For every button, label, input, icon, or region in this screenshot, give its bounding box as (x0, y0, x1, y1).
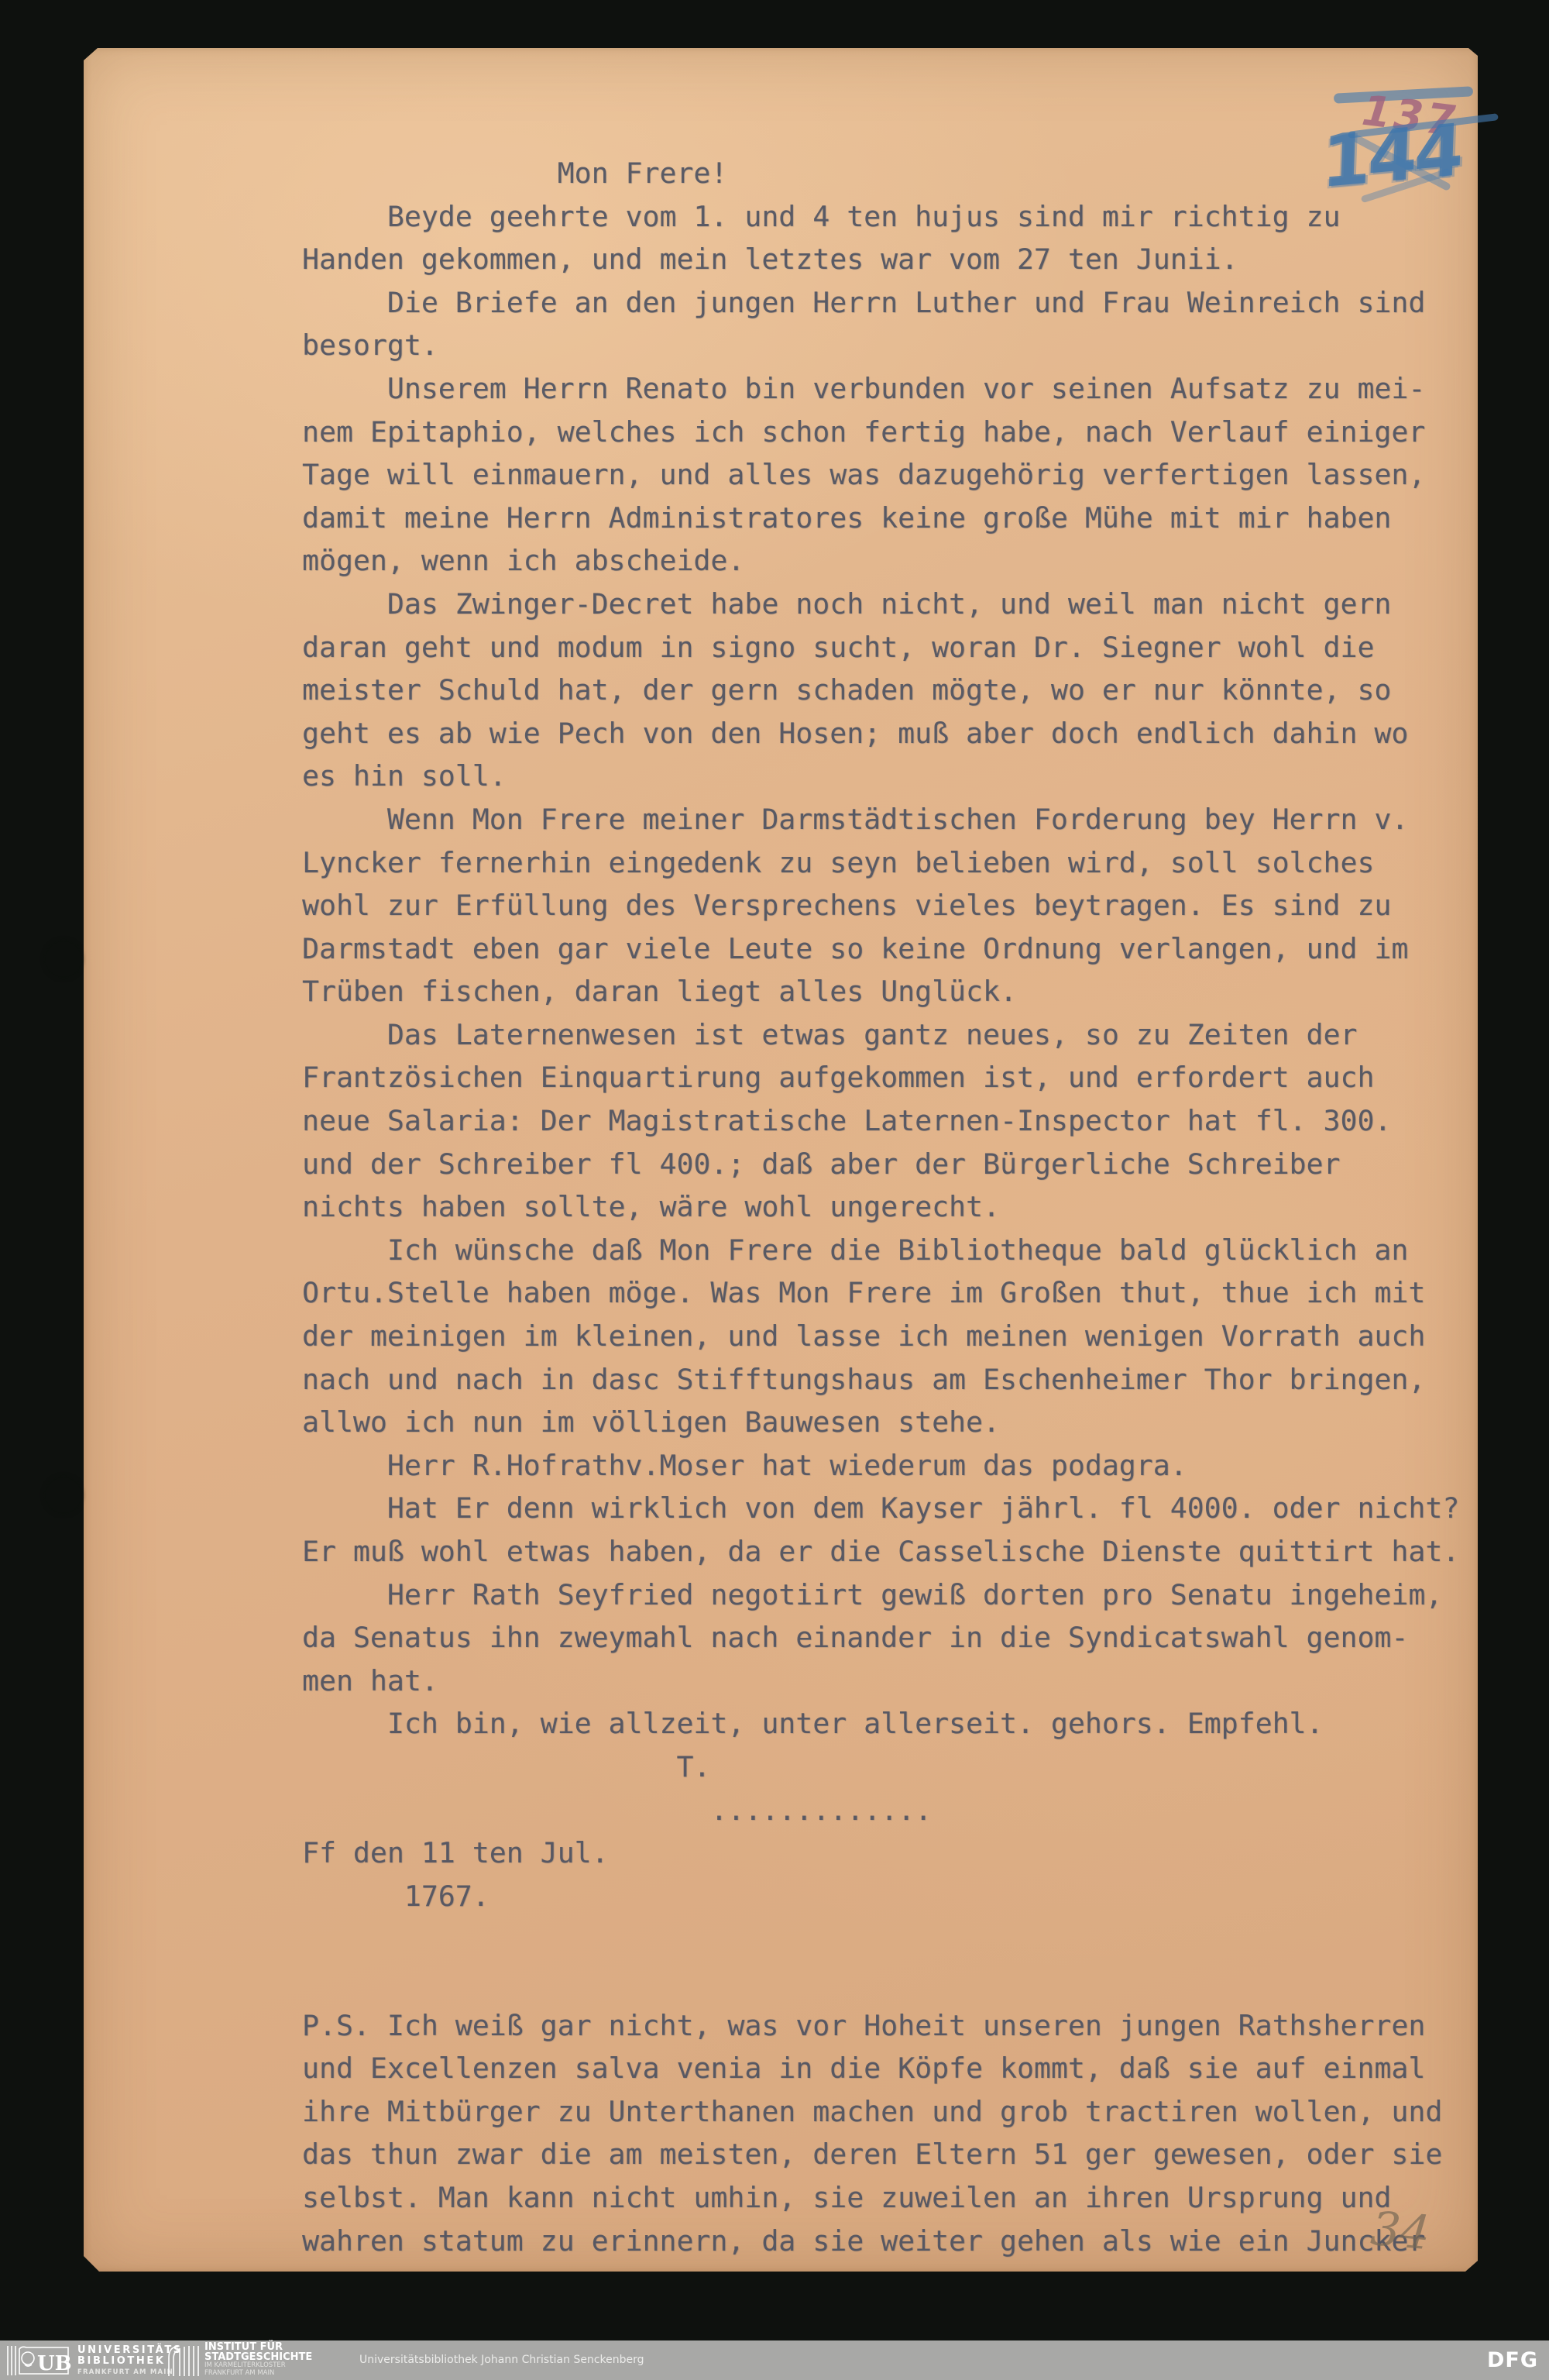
letter-line: Herr R.Hofrathv.Moser hat wiederum das p… (302, 1444, 1487, 1487)
letter-line: nach und nach in dasc Stifftungshaus am … (302, 1358, 1487, 1402)
ub-library-logo-icon: UB (6, 2344, 71, 2377)
letter-line: da Senatus ihn zweymahl nach einander in… (302, 1616, 1487, 1659)
punch-hole-top (46, 941, 81, 977)
dfg-logo: DFG (1487, 2348, 1538, 2372)
letter-line: Er muß wohl etwas haben, da er die Casse… (302, 1530, 1487, 1573)
letter-line: Tage will einmauern, und alles was dazug… (302, 453, 1487, 497)
letter-line: Mon Frere! (302, 152, 1487, 195)
isg-line4: FRANKFURT AM MAIN (204, 2370, 312, 2378)
letter-line: es hin soll. (302, 755, 1487, 798)
letter-line: Hat Er denn wirklich von dem Kayser jähr… (302, 1487, 1487, 1530)
letter-line: mögen, wenn ich abscheide. (302, 539, 1487, 583)
library-attribution: Universitätsbibliothek Johann Christian … (359, 2354, 644, 2366)
letter-line: damit meine Herrn Administratores keine … (302, 497, 1487, 540)
letter-line: P.S. Ich weiß gar nicht, was vor Hoheit … (302, 2004, 1487, 2048)
stadtgeschichte-logo-icon (166, 2344, 200, 2378)
letter-line: Handen gekommen, und mein letztes war vo… (302, 238, 1487, 281)
letter-line: neue Salaria: Der Magistratische Laterne… (302, 1099, 1487, 1143)
letter-line: ............. (302, 1789, 1487, 1832)
letter-line: der meinigen im kleinen, und lasse ich m… (302, 1315, 1487, 1358)
letter-line: Ich wünsche daß Mon Frere die Bibliotheq… (302, 1229, 1487, 1272)
scan-page: Mon Frere! Beyde geehrte vom 1. und 4 te… (0, 0, 1549, 2380)
letter-line: Ortu.Stelle haben möge. Was Mon Frere im… (302, 1271, 1487, 1315)
letter-line: ihre Mitbürger zu Unterthanen machen und… (302, 2090, 1487, 2134)
letter-line: Trüben fischen, daran liegt alles Unglüc… (302, 970, 1487, 1013)
letter-line: wohl zur Erfüllung des Versprechens viel… (302, 884, 1487, 927)
letter-line: Lyncker fernerhin eingedenk zu seyn beli… (302, 841, 1487, 885)
letter-line: Das Laternenwesen ist etwas gantz neues,… (302, 1013, 1487, 1057)
letter-line: allwo ich nun im völligen Bauwesen stehe… (302, 1401, 1487, 1444)
letter-line: und Excellenzen salva venia in die Köpfe… (302, 2047, 1487, 2090)
letter-line: Darmstadt eben gar viele Leute so keine … (302, 927, 1487, 971)
letter-text: Mon Frere! Beyde geehrte vom 1. und 4 te… (302, 152, 1487, 2262)
letter-line: Die Briefe an den jungen Herrn Luther un… (302, 281, 1487, 325)
letter-line: selbst. Man kann nicht umhin, sie zuweil… (302, 2176, 1487, 2220)
punch-hole-bottom (46, 1477, 81, 1513)
letter-line: meister Schuld hat, der gern schaden mög… (302, 669, 1487, 712)
letter-line: 1767. (302, 1875, 1487, 1918)
letter-line: Wenn Mon Frere meiner Darmstädtischen Fo… (302, 798, 1487, 841)
letter-line: geht es ab wie Pech von den Hosen; muß a… (302, 712, 1487, 755)
letter-line: Ich bin, wie allzeit, unter allerseit. g… (302, 1702, 1487, 1745)
letter-line: Unserem Herrn Renato bin verbunden vor s… (302, 367, 1487, 411)
letter-line: T. (302, 1745, 1487, 1789)
letter-paper: Mon Frere! Beyde geehrte vom 1. und 4 te… (84, 48, 1478, 2272)
letter-line: wahren statum zu erinnern, da sie weiter… (302, 2220, 1487, 2263)
digitization-footer-bar: UB UNIVERSITÄTS BIBLIOTHEK FRANKFURT AM … (0, 2340, 1549, 2380)
letter-line: Herr Rath Seyfried negotiirt gewiß dorte… (302, 1573, 1487, 1617)
letter-line: Das Zwinger-Decret habe noch nicht, und … (302, 583, 1487, 626)
svg-text:UB: UB (37, 2352, 71, 2375)
letter-line: nichts haben sollte, wäre wohl ungerecht… (302, 1185, 1487, 1229)
letter-line: Beyde geehrte vom 1. und 4 ten hujus sin… (302, 195, 1487, 239)
letter-line: besorgt. (302, 324, 1487, 367)
letter-line: Ff den 11 ten Jul. (302, 1831, 1487, 1875)
letter-line: daran geht und modum in signo sucht, wor… (302, 626, 1487, 669)
letter-line (302, 1917, 1487, 1961)
letter-line: men hat. (302, 1659, 1487, 1703)
letter-line (302, 1961, 1487, 2004)
letter-line: und der Schreiber fl 400.; daß aber der … (302, 1143, 1487, 1186)
letter-line: das thun zwar die am meisten, deren Elte… (302, 2133, 1487, 2176)
pencil-page-number: 34 (1369, 2202, 1432, 2261)
letter-line: Frantzösichen Einquartirung aufgekommen … (302, 1056, 1487, 1099)
letter-line: nem Epitaphio, welches ich schon fertig … (302, 411, 1487, 454)
stadtgeschichte-name: INSTITUT FÜR STADTGESCHICHTE IM KARMELIT… (204, 2343, 312, 2377)
